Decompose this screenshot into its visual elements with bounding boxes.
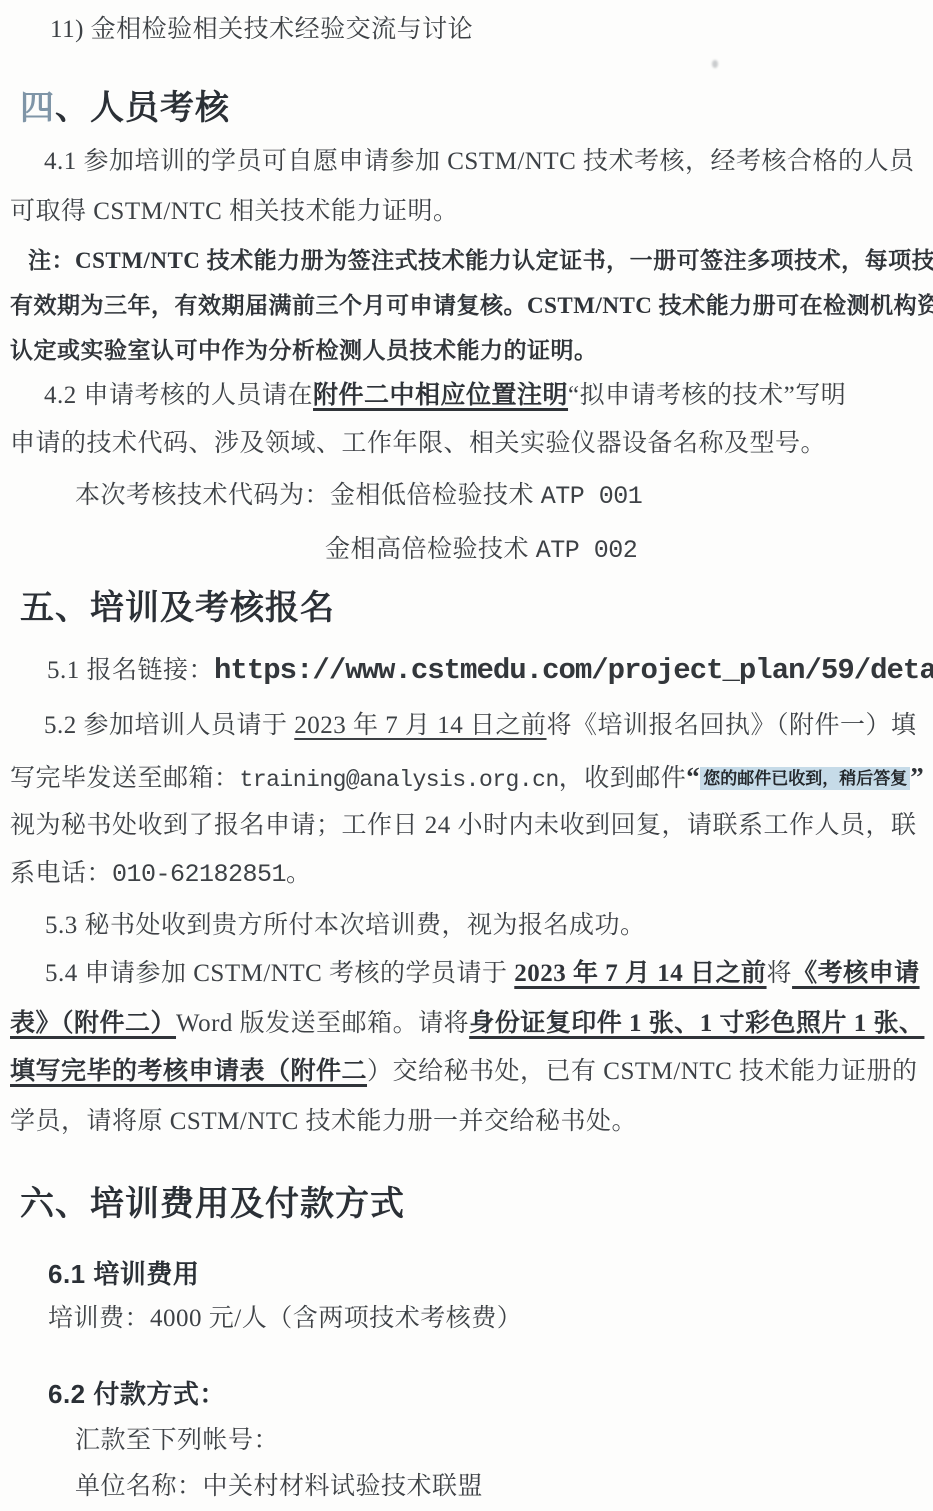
registration-link-url: https://www.cstmedu.com/project_plan/59/…	[214, 654, 933, 687]
assessment-code-2-value: ATP 002	[536, 536, 638, 565]
paragraph-4-1-line-1: 4.1 参加培训的学员可自愿申请参加 CSTM/NTC 技术考核，经考核合格的人…	[44, 146, 915, 179]
paragraph-4-1-text-cont: 可取得 CSTM/NTC 相关技术能力证明。	[10, 198, 459, 225]
paragraph-5-4-line-3: 填写完毕的考核申请表（附件二）交给秘书处，已有 CSTM/NTC 技术能力证册的	[10, 1056, 918, 1089]
paragraph-5-2-line-4: 系电话：010-62182851。	[10, 858, 312, 892]
paragraph-4-2-line-2: 申请的技术代码、涉及领域、工作年限、相关实验仪器设备名称及型号。	[10, 428, 826, 461]
note-text-3: 认定或实验室认可中作为分析检测人员技术能力的证明。	[10, 338, 598, 363]
section-4-title: 、人员考核	[55, 89, 230, 127]
note-line-3: 认定或实验室认可中作为分析检测人员技术能力的证明。	[10, 336, 598, 366]
paragraph-4-1-text: 4.1 参加培训的学员可自愿申请参加 CSTM/NTC 技术考核，经考核合格的人…	[44, 148, 915, 175]
paragraph-5-4-text-line2: Word 版发送至邮箱。请将	[176, 1010, 469, 1037]
paragraph-5-2-text-mid: ，收到邮件	[559, 765, 687, 792]
paragraph-4-2-line-1: 4.2 申请考核的人员请在附件二中相应位置注明“拟申请考核的技术”写明	[44, 380, 846, 413]
paragraph-5-2-line-2: 写完毕发送至邮箱：training@analysis.org.cn，收到邮件“您…	[10, 760, 924, 796]
completed-form-emphasis: 填写完毕的考核申请表（附件二	[10, 1058, 367, 1085]
paragraph-4-2-emphasis: 附件二中相应位置注明	[313, 382, 568, 409]
registration-link-label: 5.1 报名链接：	[47, 657, 214, 684]
paragraph-5-3-text: 5.3 秘书处收到贵方所付本次培训费，视为报名成功。	[45, 912, 646, 939]
section-4-number: 四	[20, 89, 55, 127]
paragraph-5-4-text: 5.4 申请参加 CSTM/NTC 考核的学员请于	[45, 960, 514, 987]
scan-artifact-dot	[712, 60, 718, 68]
assessment-code-1-value: ATP 001	[541, 482, 643, 511]
paragraph-5-4-text-line4: 学员，请将原 CSTM/NTC 技术能力册一并交给秘书处。	[10, 1108, 637, 1135]
paragraph-5-1: 5.1 报名链接：https://www.cstmedu.com/project…	[47, 652, 933, 690]
remittance-text: 汇款至下列帐号：	[75, 1427, 279, 1454]
note-text-2: 有效期为三年，有效期届满前三个月可申请复核。CSTM/NTC 技术能力册可在检测…	[10, 293, 933, 318]
section-5-title: 五、培训及考核报名	[20, 589, 335, 627]
deadline-date-2: 2023 年 7 月 14 日之前	[514, 960, 766, 987]
remittance-line: 汇款至下列帐号：	[75, 1425, 279, 1458]
phone-number: 010-62182851	[112, 860, 286, 889]
phone-label: 系电话：	[10, 860, 112, 887]
assessment-code-line-1: 本次考核技术代码为：金相低倍检验技术 ATP 001	[75, 480, 642, 514]
auto-reply-highlighted-text: 您的邮件已收到，稍后答复	[700, 767, 910, 790]
paragraph-5-4-text-mid: 将	[767, 960, 793, 987]
paragraph-5-4-line-1: 5.4 申请参加 CSTM/NTC 考核的学员请于 2023 年 7 月 14 …	[45, 958, 920, 991]
training-fee-text: 培训费：4000 元/人（含两项技术考核费）	[48, 1305, 522, 1332]
subheading-6-2-text: 6.2 付款方式：	[48, 1379, 226, 1409]
training-fee-line: 培训费：4000 元/人（含两项技术考核费）	[48, 1303, 522, 1336]
paragraph-5-4-line-4: 学员，请将原 CSTM/NTC 技术能力册一并交给秘书处。	[10, 1106, 637, 1139]
paragraph-5-4-text-line3: ）交给秘书处，已有 CSTM/NTC 技术能力证册的	[367, 1058, 918, 1085]
organization-name-text: 单位名称：中关村材料试验技术联盟	[75, 1473, 483, 1500]
required-documents-emphasis: 身份证复印件 1 张、1 寸彩色照片 1 张、	[469, 1010, 924, 1037]
note-line-1: 注：CSTM/NTC 技术能力册为签注式技术能力认定证书，一册可签注多项技术，每…	[28, 246, 933, 276]
deadline-date-1: 2023 年 7 月 14 日之前	[294, 712, 546, 739]
paragraph-5-2-text-cont: 将《培训报名回执》（附件一）填	[547, 712, 917, 739]
paragraph-5-2-line-1: 5.2 参加培训人员请于 2023 年 7 月 14 日之前将《培训报名回执》（…	[44, 710, 917, 743]
section-heading-6: 六、培训费用及付款方式	[20, 1182, 405, 1226]
paragraph-4-2-text-line2: 申请的技术代码、涉及领域、工作年限、相关实验仪器设备名称及型号。	[10, 430, 826, 457]
list-item-11: 11) 金相检验相关技术经验交流与讨论	[50, 14, 473, 47]
application-form-title-end: 表》（附件二）	[10, 1010, 176, 1037]
quote-close: ”	[910, 762, 924, 792]
scanned-document-page: 11) 金相检验相关技术经验交流与讨论 四、人员考核 4.1 参加培训的学员可自…	[0, 0, 933, 1511]
paragraph-5-2-text: 5.2 参加培训人员请于	[44, 712, 294, 739]
note-line-2: 有效期为三年，有效期届满前三个月可申请复核。CSTM/NTC 技术能力册可在检测…	[10, 291, 933, 321]
note-text-1: 注：CSTM/NTC 技术能力册为签注式技术能力认定证书，一册可签注多项技术，每…	[28, 248, 933, 273]
quote-open: “	[686, 762, 700, 792]
paragraph-5-4-line-2: 表》（附件二）Word 版发送至邮箱。请将身份证复印件 1 张、1 寸彩色照片 …	[10, 1008, 924, 1041]
subheading-6-1-text: 6.1 培训费用	[48, 1259, 199, 1289]
phone-period: 。	[286, 860, 312, 887]
paragraph-5-3: 5.3 秘书处收到贵方所付本次培训费，视为报名成功。	[45, 910, 646, 943]
assessment-code-1-label: 本次考核技术代码为：金相低倍检验技术	[75, 482, 541, 509]
assessment-code-line-2: 金相高倍检验技术 ATP 002	[325, 534, 637, 568]
organization-name-line: 单位名称：中关村材料试验技术联盟	[75, 1471, 483, 1504]
paragraph-4-1-line-2: 可取得 CSTM/NTC 相关技术能力证明。	[10, 196, 459, 229]
paragraph-5-2-text-line3: 视为秘书处收到了报名申请；工作日 24 小时内未收到回复，请联系工作人员，联	[10, 812, 917, 839]
paragraph-5-2-line-3: 视为秘书处收到了报名申请；工作日 24 小时内未收到回复，请联系工作人员，联	[10, 810, 917, 843]
application-form-title-start: 《考核申请	[792, 960, 920, 987]
section-6-title: 六、培训费用及付款方式	[20, 1185, 405, 1223]
paragraph-4-2-text-cont: “拟申请考核的技术”写明	[568, 382, 846, 409]
subheading-6-1: 6.1 培训费用	[48, 1258, 199, 1292]
assessment-code-2-label: 金相高倍检验技术	[325, 536, 536, 563]
paragraph-4-2-text: 4.2 申请考核的人员请在	[44, 382, 313, 409]
email-label: 写完毕发送至邮箱：	[10, 765, 240, 792]
section-heading-5: 五、培训及考核报名	[20, 586, 335, 630]
section-heading-4: 四、人员考核	[20, 86, 230, 130]
email-address: training@analysis.org.cn	[240, 767, 559, 793]
subheading-6-2: 6.2 付款方式：	[48, 1378, 226, 1412]
list-item-11-text: 11) 金相检验相关技术经验交流与讨论	[50, 16, 473, 43]
